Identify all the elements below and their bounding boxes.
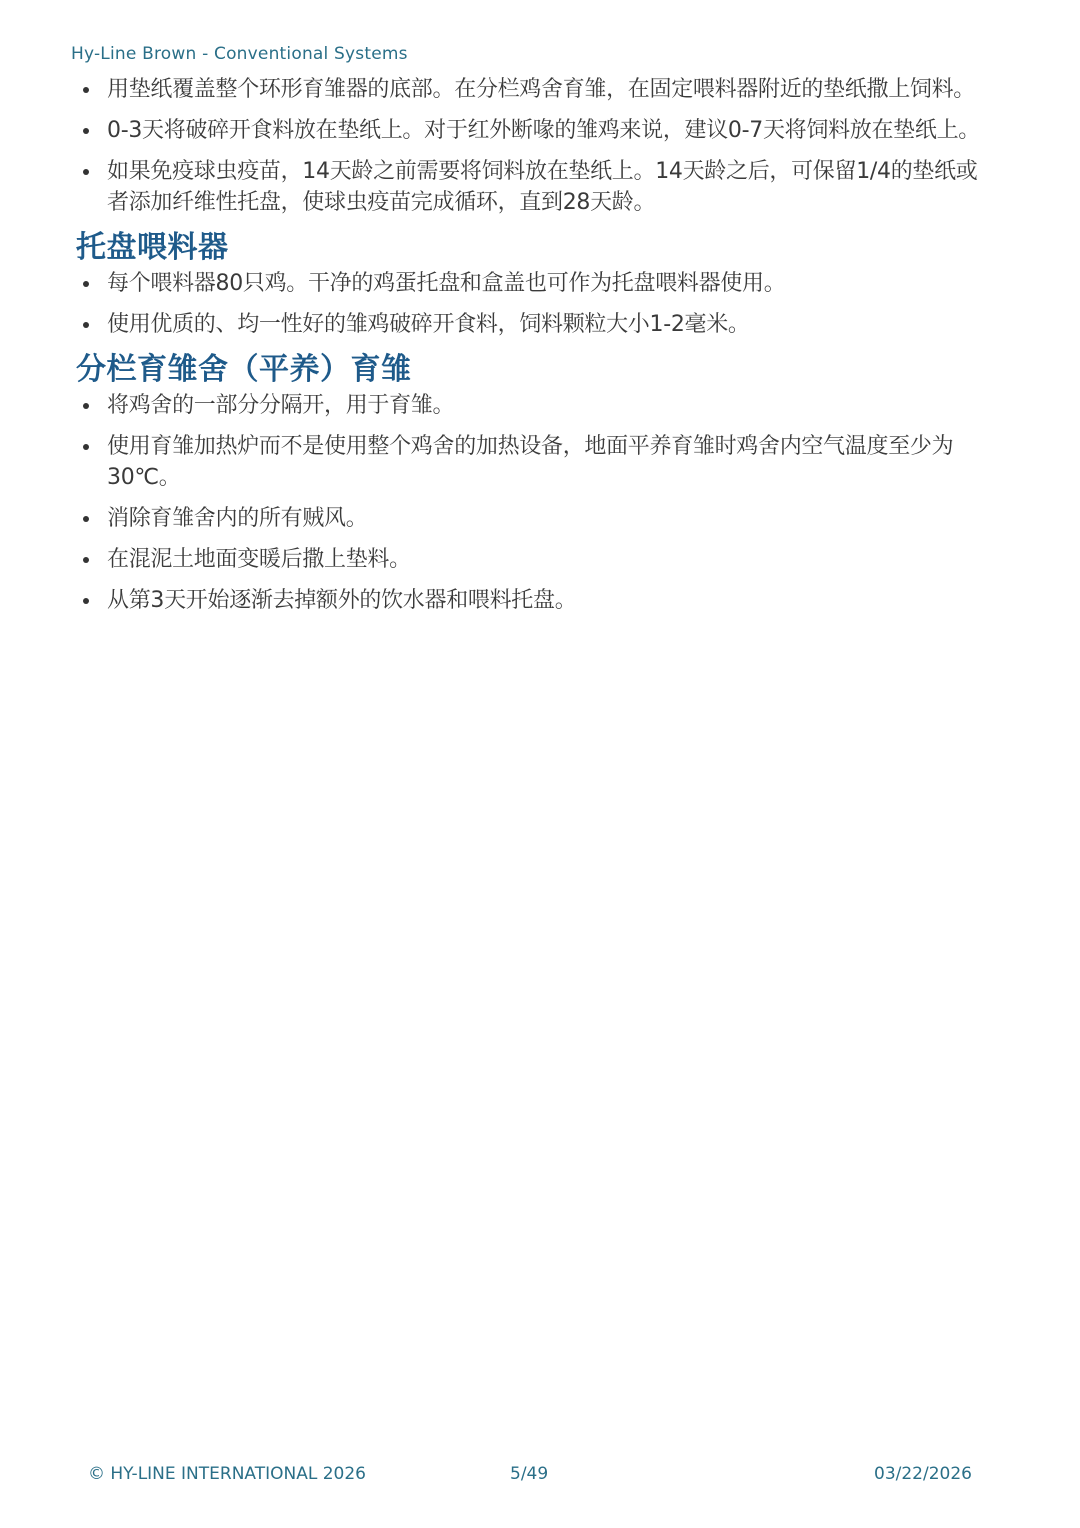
bullet-icon bbox=[83, 598, 89, 604]
list-item: 用垫纸覆盖整个环形育雏器的底部。在分栏鸡舍育雏，在固定喂料器附近的垫纸撒上饲料。 bbox=[76, 74, 986, 105]
intro-bullet-list: 用垫纸覆盖整个环形育雏器的底部。在分栏鸡舍育雏，在固定喂料器附近的垫纸撒上饲料。… bbox=[76, 74, 986, 218]
footer-page-number: 5/49 bbox=[510, 1464, 548, 1484]
list-item-text: 使用育雏加热炉而不是使用整个鸡舍的加热设备，地面平养育雏时鸡舍内空气温度至少为3… bbox=[107, 434, 953, 490]
floor-brooding-bullet-list: 将鸡舍的一部分分隔开，用于育雏。 使用育雏加热炉而不是使用整个鸡舍的加热设备，地… bbox=[76, 390, 986, 616]
footer-copyright: © HY-LINE INTERNATIONAL 2026 bbox=[88, 1464, 366, 1484]
list-item-text: 如果免疫球虫疫苗，14天龄之前需要将饲料放在垫纸上。14天龄之后，可保留1/4的… bbox=[107, 159, 978, 215]
bullet-icon bbox=[83, 557, 89, 563]
list-item: 如果免疫球虫疫苗，14天龄之前需要将饲料放在垫纸上。14天龄之后，可保留1/4的… bbox=[76, 156, 986, 218]
list-item-text: 消除育雏舍内的所有贼风。 bbox=[107, 506, 367, 531]
bullet-icon bbox=[83, 128, 89, 134]
list-item-text: 每个喂料器80只鸡。干净的鸡蛋托盘和盒盖也可作为托盘喂料器使用。 bbox=[107, 271, 785, 296]
list-item: 消除育雏舍内的所有贼风。 bbox=[76, 503, 986, 534]
bullet-icon bbox=[83, 444, 89, 450]
list-item: 使用优质的、均一性好的雏鸡破碎开食料，饲料颗粒大小1-2毫米。 bbox=[76, 309, 986, 340]
list-item-text: 在混泥土地面变暖后撒上垫料。 bbox=[107, 547, 411, 572]
bullet-icon bbox=[83, 403, 89, 409]
bullet-icon bbox=[83, 87, 89, 93]
bullet-icon bbox=[83, 516, 89, 522]
section-heading-tray-feeder: 托盘喂料器 bbox=[76, 228, 986, 268]
list-item-text: 从第3天开始逐渐去掉额外的饮水器和喂料托盘。 bbox=[107, 588, 576, 613]
bullet-icon bbox=[83, 322, 89, 328]
list-item: 每个喂料器80只鸡。干净的鸡蛋托盘和盒盖也可作为托盘喂料器使用。 bbox=[76, 268, 986, 299]
list-item: 使用育雏加热炉而不是使用整个鸡舍的加热设备，地面平养育雏时鸡舍内空气温度至少为3… bbox=[76, 431, 986, 493]
bullet-icon bbox=[83, 169, 89, 175]
bullet-icon bbox=[83, 281, 89, 287]
document-header-title: Hy-Line Brown - Conventional Systems bbox=[71, 44, 408, 64]
section-heading-floor-brooding: 分栏育雏舍（平养）育雏 bbox=[76, 350, 986, 390]
tray-feeder-bullet-list: 每个喂料器80只鸡。干净的鸡蛋托盘和盒盖也可作为托盘喂料器使用。 使用优质的、均… bbox=[76, 268, 986, 340]
list-item: 在混泥土地面变暖后撒上垫料。 bbox=[76, 544, 986, 575]
list-item: 将鸡舍的一部分分隔开，用于育雏。 bbox=[76, 390, 986, 421]
list-item-text: 将鸡舍的一部分分隔开，用于育雏。 bbox=[107, 393, 454, 418]
list-item: 从第3天开始逐渐去掉额外的饮水器和喂料托盘。 bbox=[76, 585, 986, 616]
page-content: 用垫纸覆盖整个环形育雏器的底部。在分栏鸡舍育雏，在固定喂料器附近的垫纸撒上饲料。… bbox=[76, 74, 986, 626]
list-item-text: 用垫纸覆盖整个环形育雏器的底部。在分栏鸡舍育雏，在固定喂料器附近的垫纸撒上饲料。 bbox=[107, 77, 975, 102]
footer-date: 03/22/2026 bbox=[874, 1464, 972, 1484]
list-item-text: 使用优质的、均一性好的雏鸡破碎开食料，饲料颗粒大小1-2毫米。 bbox=[107, 312, 750, 337]
list-item: 0-3天将破碎开食料放在垫纸上。对于红外断喙的雏鸡来说，建议0-7天将饲料放在垫… bbox=[76, 115, 986, 146]
list-item-text: 0-3天将破碎开食料放在垫纸上。对于红外断喙的雏鸡来说，建议0-7天将饲料放在垫… bbox=[107, 118, 980, 143]
